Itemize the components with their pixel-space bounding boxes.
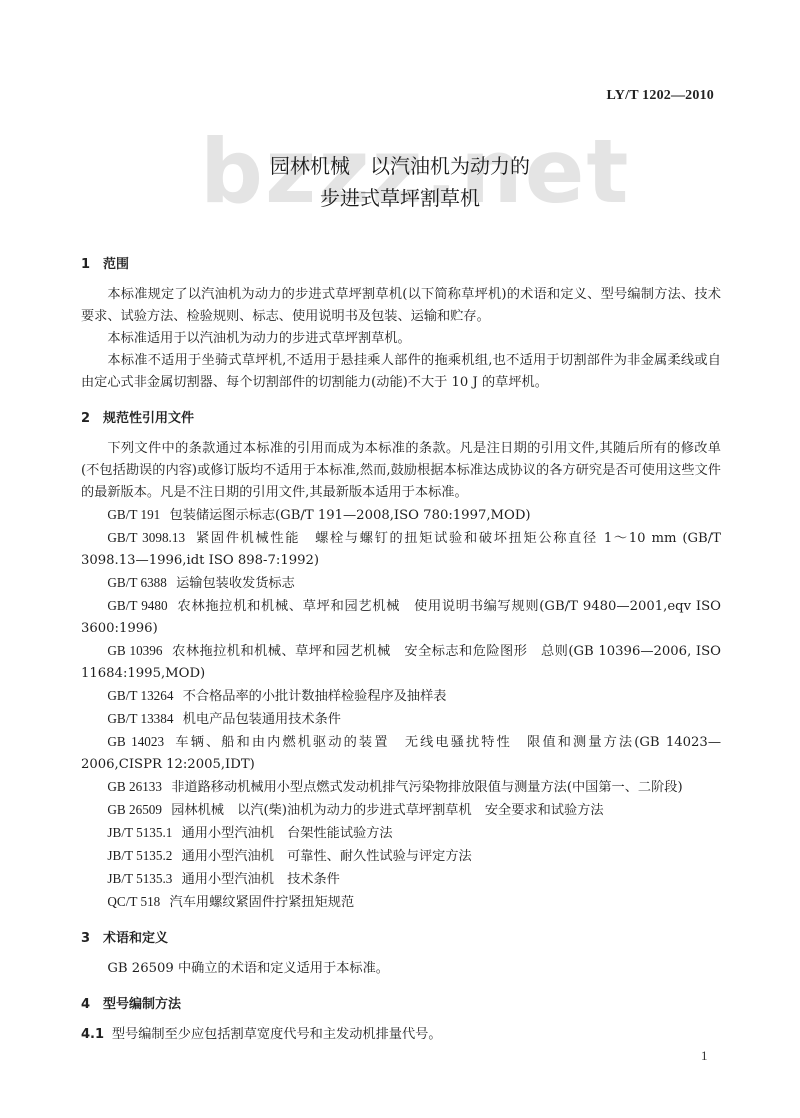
reference-code: GB 26133 [107,779,162,794]
reference-code: JB/T 5135.2 [107,848,172,863]
section-1-heading: 1范围 [81,254,721,276]
reference-code: GB/T 9480 [107,598,167,613]
reference-item: GB/T 191包装储运图示标志(GB/T 191—2008,ISO 780:1… [81,504,721,527]
section-number: 2 [81,408,103,430]
section-3-heading: 3术语和定义 [81,928,721,950]
reference-title: 车辆、船和由内燃机驱动的装置 无线电骚扰特性 限值和测量方法(GB 14023—… [81,735,721,772]
reference-item: JB/T 5135.3通用小型汽油机 技术条件 [81,868,721,891]
clause-4-1: 4.1型号编制至少应包括割草宽度代号和主发动机排量代号。 [81,1024,721,1046]
reference-item: GB 26509园林机械 以汽(柴)油机为动力的步进式草坪割草机 安全要求和试验… [81,799,721,822]
reference-title: 农林拖拉机和机械、草坪和园艺机械 安全标志和危险图形 总则(GB 10396—2… [81,644,721,681]
section-title: 术语和定义 [103,931,168,946]
section-title: 规范性引用文件 [103,411,194,426]
clause-text: 型号编制至少应包括割草宽度代号和主发动机排量代号。 [112,1027,442,1042]
document-body: 1范围 本标准规定了以汽油机为动力的步进式草坪割草机(以下简称草坪机)的术语和定… [81,254,721,1046]
reference-title: 非道路移动机械用小型点燃式发动机排气污染物排放限值与测量方法(中国第一、二阶段) [171,780,682,795]
reference-item: GB/T 6388运输包装收发货标志 [81,572,721,595]
reference-item: QC/T 518汽车用螺纹紧固件拧紧扭矩规范 [81,891,721,914]
reference-title: 通用小型汽油机 可靠性、耐久性试验与评定方法 [182,849,472,864]
reference-title: 通用小型汽油机 台架性能试验方法 [182,826,393,841]
paragraph: 本标准规定了以汽油机为动力的步进式草坪割草机(以下简称草坪机)的术语和定义、型号… [81,284,721,328]
section-number: 4 [81,994,103,1016]
section-title: 型号编制方法 [103,997,181,1012]
reference-code: GB/T 3098.13 [107,530,185,545]
title-line-2: 步进式草坪割草机 [0,182,800,214]
title-line-1: 园林机械 以汽油机为动力的 [0,150,800,182]
reference-code: GB/T 13384 [107,711,173,726]
reference-title: 包装储运图示标志(GB/T 191—2008,ISO 780:1997,MOD) [170,508,531,523]
reference-list: GB/T 191包装储运图示标志(GB/T 191—2008,ISO 780:1… [81,504,721,914]
reference-item: GB/T 13264不合格品率的小批计数抽样检验程序及抽样表 [81,685,721,708]
reference-code: GB/T 13264 [107,688,173,703]
section-2-heading: 2规范性引用文件 [81,408,721,430]
standard-number: LY/T 1202—2010 [607,88,714,104]
section-number: 3 [81,928,103,950]
reference-code: GB/T 191 [107,507,160,522]
reference-item: GB/T 13384机电产品包装通用技术条件 [81,708,721,731]
reference-item: JB/T 5135.1通用小型汽油机 台架性能试验方法 [81,822,721,845]
reference-title: 汽车用螺纹紧固件拧紧扭矩规范 [170,895,355,910]
clause-number: 4.1 [81,1027,104,1042]
reference-title: 机电产品包装通用技术条件 [183,712,341,727]
reference-item: GB 10396农林拖拉机和机械、草坪和园艺机械 安全标志和危险图形 总则(GB… [81,640,721,685]
reference-item: GB 26133非道路移动机械用小型点燃式发动机排气污染物排放限值与测量方法(中… [81,776,721,799]
paragraph: GB 26509 中确立的术语和定义适用于本标准。 [81,958,721,980]
reference-item: JB/T 5135.2通用小型汽油机 可靠性、耐久性试验与评定方法 [81,845,721,868]
reference-item: GB/T 3098.13紧固件机械性能 螺栓与螺钉的扭矩试验和破坏扭矩公称直径 … [81,527,721,572]
reference-code: GB 10396 [107,643,162,658]
section-title: 范围 [103,257,129,272]
paragraph: 本标准适用于以汽油机为动力的步进式草坪割草机。 [81,328,721,350]
reference-code: QC/T 518 [107,894,160,909]
section-4-heading: 4型号编制方法 [81,994,721,1016]
document-title: 园林机械 以汽油机为动力的 步进式草坪割草机 [0,150,800,214]
reference-title: 园林机械 以汽(柴)油机为动力的步进式草坪割草机 安全要求和试验方法 [171,803,603,818]
reference-code: GB/T 6388 [107,575,166,590]
page-number: 1 [701,1048,708,1064]
paragraph: 本标准不适用于坐骑式草坪机,不适用于悬挂乘人部件的拖乘机组,也不适用于切割部件为… [81,350,721,394]
reference-code: GB 14023 [107,734,164,749]
section-number: 1 [81,254,103,276]
reference-item: GB 14023车辆、船和由内燃机驱动的装置 无线电骚扰特性 限值和测量方法(G… [81,731,721,776]
reference-code: JB/T 5135.3 [107,871,172,886]
reference-code: GB 26509 [107,802,162,817]
reference-title: 不合格品率的小批计数抽样检验程序及抽样表 [183,689,447,704]
reference-code: JB/T 5135.1 [107,825,172,840]
reference-title: 通用小型汽油机 技术条件 [182,872,340,887]
reference-item: GB/T 9480农林拖拉机和机械、草坪和园艺机械 使用说明书编写规则(GB/T… [81,595,721,640]
reference-title: 农林拖拉机和机械、草坪和园艺机械 使用说明书编写规则(GB/T 9480—200… [81,599,721,636]
paragraph: 下列文件中的条款通过本标准的引用而成为本标准的条款。凡是注日期的引用文件,其随后… [81,438,721,504]
reference-title: 运输包装收发货标志 [176,576,295,591]
